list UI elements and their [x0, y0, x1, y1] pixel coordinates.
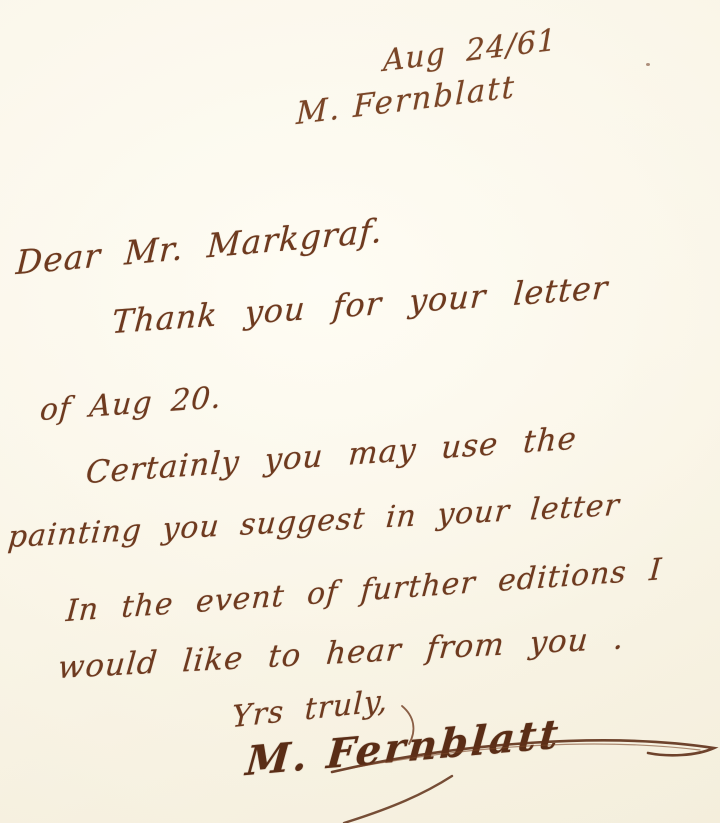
body-line: Certainly you may use the — [85, 421, 578, 492]
ink-speck — [646, 63, 650, 66]
body-line: would like to hear from you . — [56, 620, 625, 686]
writer-name-line: M. Fernblatt — [296, 69, 517, 132]
body-line: Thank you for your letter — [111, 268, 610, 341]
body-line: of Aug 20. — [39, 380, 223, 428]
letter-page: Aug 24/61 M. Fernblatt Dear Mr. Markgraf… — [0, 0, 720, 823]
date-line: Aug 24/61 — [383, 23, 557, 80]
body-line: In the event of further editions I — [65, 552, 664, 629]
body-line: painting you suggest in your letter — [6, 488, 621, 555]
salutation-line: Dear Mr. Markgraf. — [15, 211, 384, 282]
